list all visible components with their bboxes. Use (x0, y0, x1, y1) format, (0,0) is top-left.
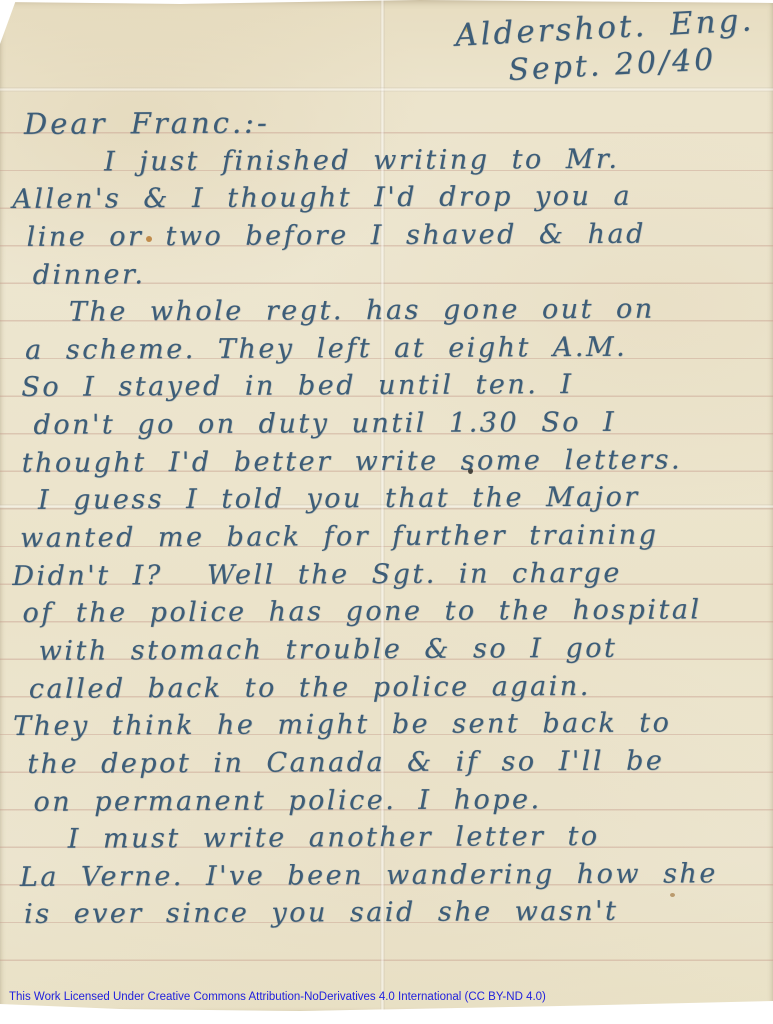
license-text: This Work Licensed Under Creative Common… (9, 991, 546, 1003)
letter-line: Didn't I? Well the Sgt. in charge (8, 554, 770, 596)
letter-line: So I stayed in bed until ten. I (7, 365, 769, 407)
letter-line: I guess I told you that the Major (8, 478, 770, 520)
letter-line: of the police has gone to the hospital (8, 591, 770, 633)
letter-line: I just finished writing to Mr. (6, 140, 768, 182)
letter-line: thought I'd better write some letters. (8, 441, 770, 483)
letter-line: wanted me back for further training (8, 516, 770, 558)
letter-line: called back to the police again. (9, 667, 771, 709)
letter-line: line or two before I shaved & had (6, 215, 768, 257)
letter-line: a scheme. They left at eight A.M. (7, 328, 769, 370)
letter-line: The whole regt. has gone out on (7, 290, 769, 332)
letter-line: on permanent police. I hope. (9, 780, 771, 822)
letter-line: don't go on duty until 1.30 So I (7, 403, 769, 445)
dateline: Aldershot. Eng. Sept. 20/40 (454, 2, 757, 91)
letter-line: I must write another letter to (10, 817, 772, 859)
letter-line: the depot in Canada & if so I'll be (9, 742, 771, 784)
letter-line: with stomach trouble & so I got (9, 629, 771, 671)
letter-line: Allen's & I thought I'd drop you a (6, 177, 768, 219)
letter-line: They think he might be sent back to (9, 704, 771, 746)
letter-line: is ever since you said she wasn't (10, 892, 772, 934)
letter-line: La Verne. I've been wandering how she (10, 855, 772, 897)
horizontal-fold-crease-top (0, 87, 773, 92)
letter-line: dinner. (7, 253, 769, 295)
letter-body: Dear Franc.:- I just finished writing to… (6, 102, 772, 934)
scanned-letter-page: { "colors": { "ink": "#3d5d78", "paper":… (0, 0, 773, 1024)
salutation: Dear Franc.:- (6, 102, 768, 144)
